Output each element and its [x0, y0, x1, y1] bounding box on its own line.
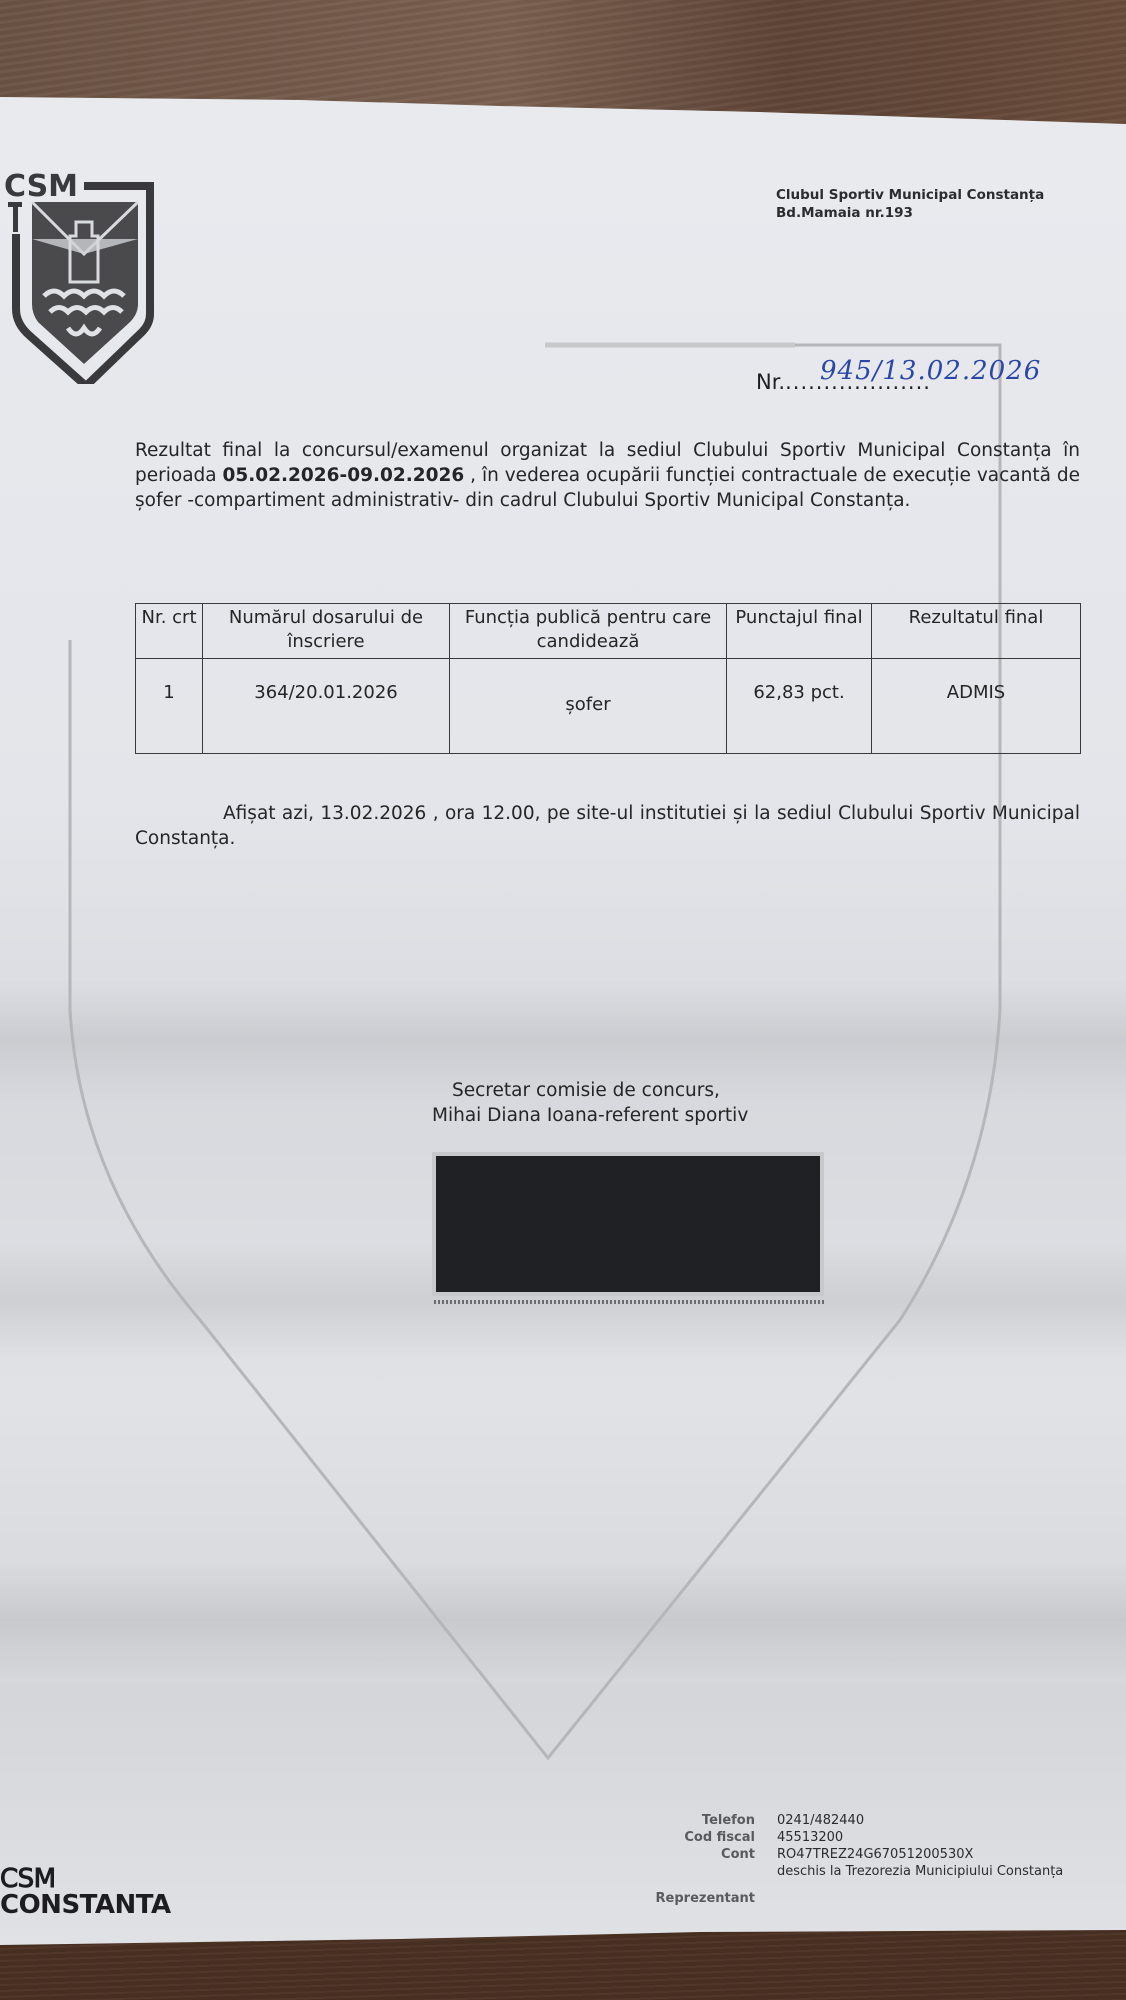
footer-brand: CSM CONSTANTA [0, 1866, 171, 1918]
contact-fiscal-code: Cod fiscal 45513200 [640, 1829, 1063, 1846]
shadow [0, 1560, 1126, 1680]
footer-brand-line1: CSM [0, 1866, 171, 1892]
signature-title: Secretar comisie de concurs, [432, 1078, 748, 1103]
contact-label: Cont [640, 1846, 777, 1863]
contact-account-bank: deschis la Trezorezia Municipiului Const… [640, 1863, 1063, 1880]
org-address: Bd.Mamaia nr.193 [776, 204, 1044, 222]
intro-paragraph: Rezultat final la concursul/examenul org… [135, 438, 1080, 513]
table-header-row: Nr. crt Numărul dosarului de înscriere F… [136, 604, 1081, 659]
redacted-signature [432, 1152, 824, 1296]
representative-label: Reprezentant [640, 1890, 777, 1907]
handwritten-registration-value: 945/13.02.2026 [820, 356, 1041, 386]
organization-header: Clubul Sportiv Municipal Constanța Bd.Ma… [776, 186, 1044, 222]
contact-value: RO47TREZ24G67051200530X [777, 1846, 973, 1863]
svg-text:CSM: CSM [4, 169, 78, 204]
header-position: Funcția publică pentru care candidează [450, 604, 727, 659]
cell-file-number: 364/20.01.2026 [203, 659, 450, 754]
contact-label: Cod fiscal [640, 1829, 777, 1846]
document-page [0, 0, 1126, 2000]
posted-notice: Afișat azi, 13.02.2026 , ora 12.00, pe s… [135, 801, 1080, 851]
shield-watermark [0, 0, 1126, 2000]
results-table: Nr. crt Numărul dosarului de înscriere F… [135, 603, 1081, 754]
footer-brand-line2: CONSTANTA [0, 1892, 171, 1918]
contact-label: Telefon [640, 1812, 777, 1829]
signature-block: Secretar comisie de concurs, Mihai Diana… [432, 1078, 748, 1128]
header-final-score: Punctajul final [727, 604, 872, 659]
cell-position: șofer [450, 659, 727, 754]
cell-nr-crt: 1 [136, 659, 203, 754]
table-row: 1 364/20.01.2026 șofer 62,83 pct. ADMIS [136, 659, 1081, 754]
contact-label [640, 1863, 777, 1880]
registration-number: Nr.................... 945/13.02.2026 [756, 370, 931, 394]
org-name: Clubul Sportiv Municipal Constanța [776, 186, 1044, 204]
cell-final-result: ADMIS [872, 659, 1081, 754]
signature-dotted-line [434, 1300, 824, 1304]
contest-period: 05.02.2026-09.02.2026 [223, 465, 465, 486]
contact-value: 0241/482440 [777, 1812, 864, 1829]
footer-contact: Telefon 0241/482440 Cod fiscal 45513200 … [640, 1812, 1063, 1907]
contact-account: Cont RO47TREZ24G67051200530X [640, 1846, 1063, 1863]
contact-representative: Reprezentant [640, 1890, 1063, 1907]
registration-label: Nr. [756, 370, 785, 394]
csm-shield-logo-icon: CSM [4, 164, 154, 384]
header-file-number: Numărul dosarului de înscriere [203, 604, 450, 659]
header-nr-crt: Nr. crt [136, 604, 203, 659]
contact-value: deschis la Trezorezia Municipiului Const… [777, 1863, 1063, 1880]
signature-name: Mihai Diana Ioana-referent sportiv [432, 1103, 748, 1128]
header-final-result: Rezultatul final [872, 604, 1081, 659]
contact-value: 45513200 [777, 1829, 843, 1846]
contact-phone: Telefon 0241/482440 [640, 1812, 1063, 1829]
cell-final-score: 62,83 pct. [727, 659, 872, 754]
